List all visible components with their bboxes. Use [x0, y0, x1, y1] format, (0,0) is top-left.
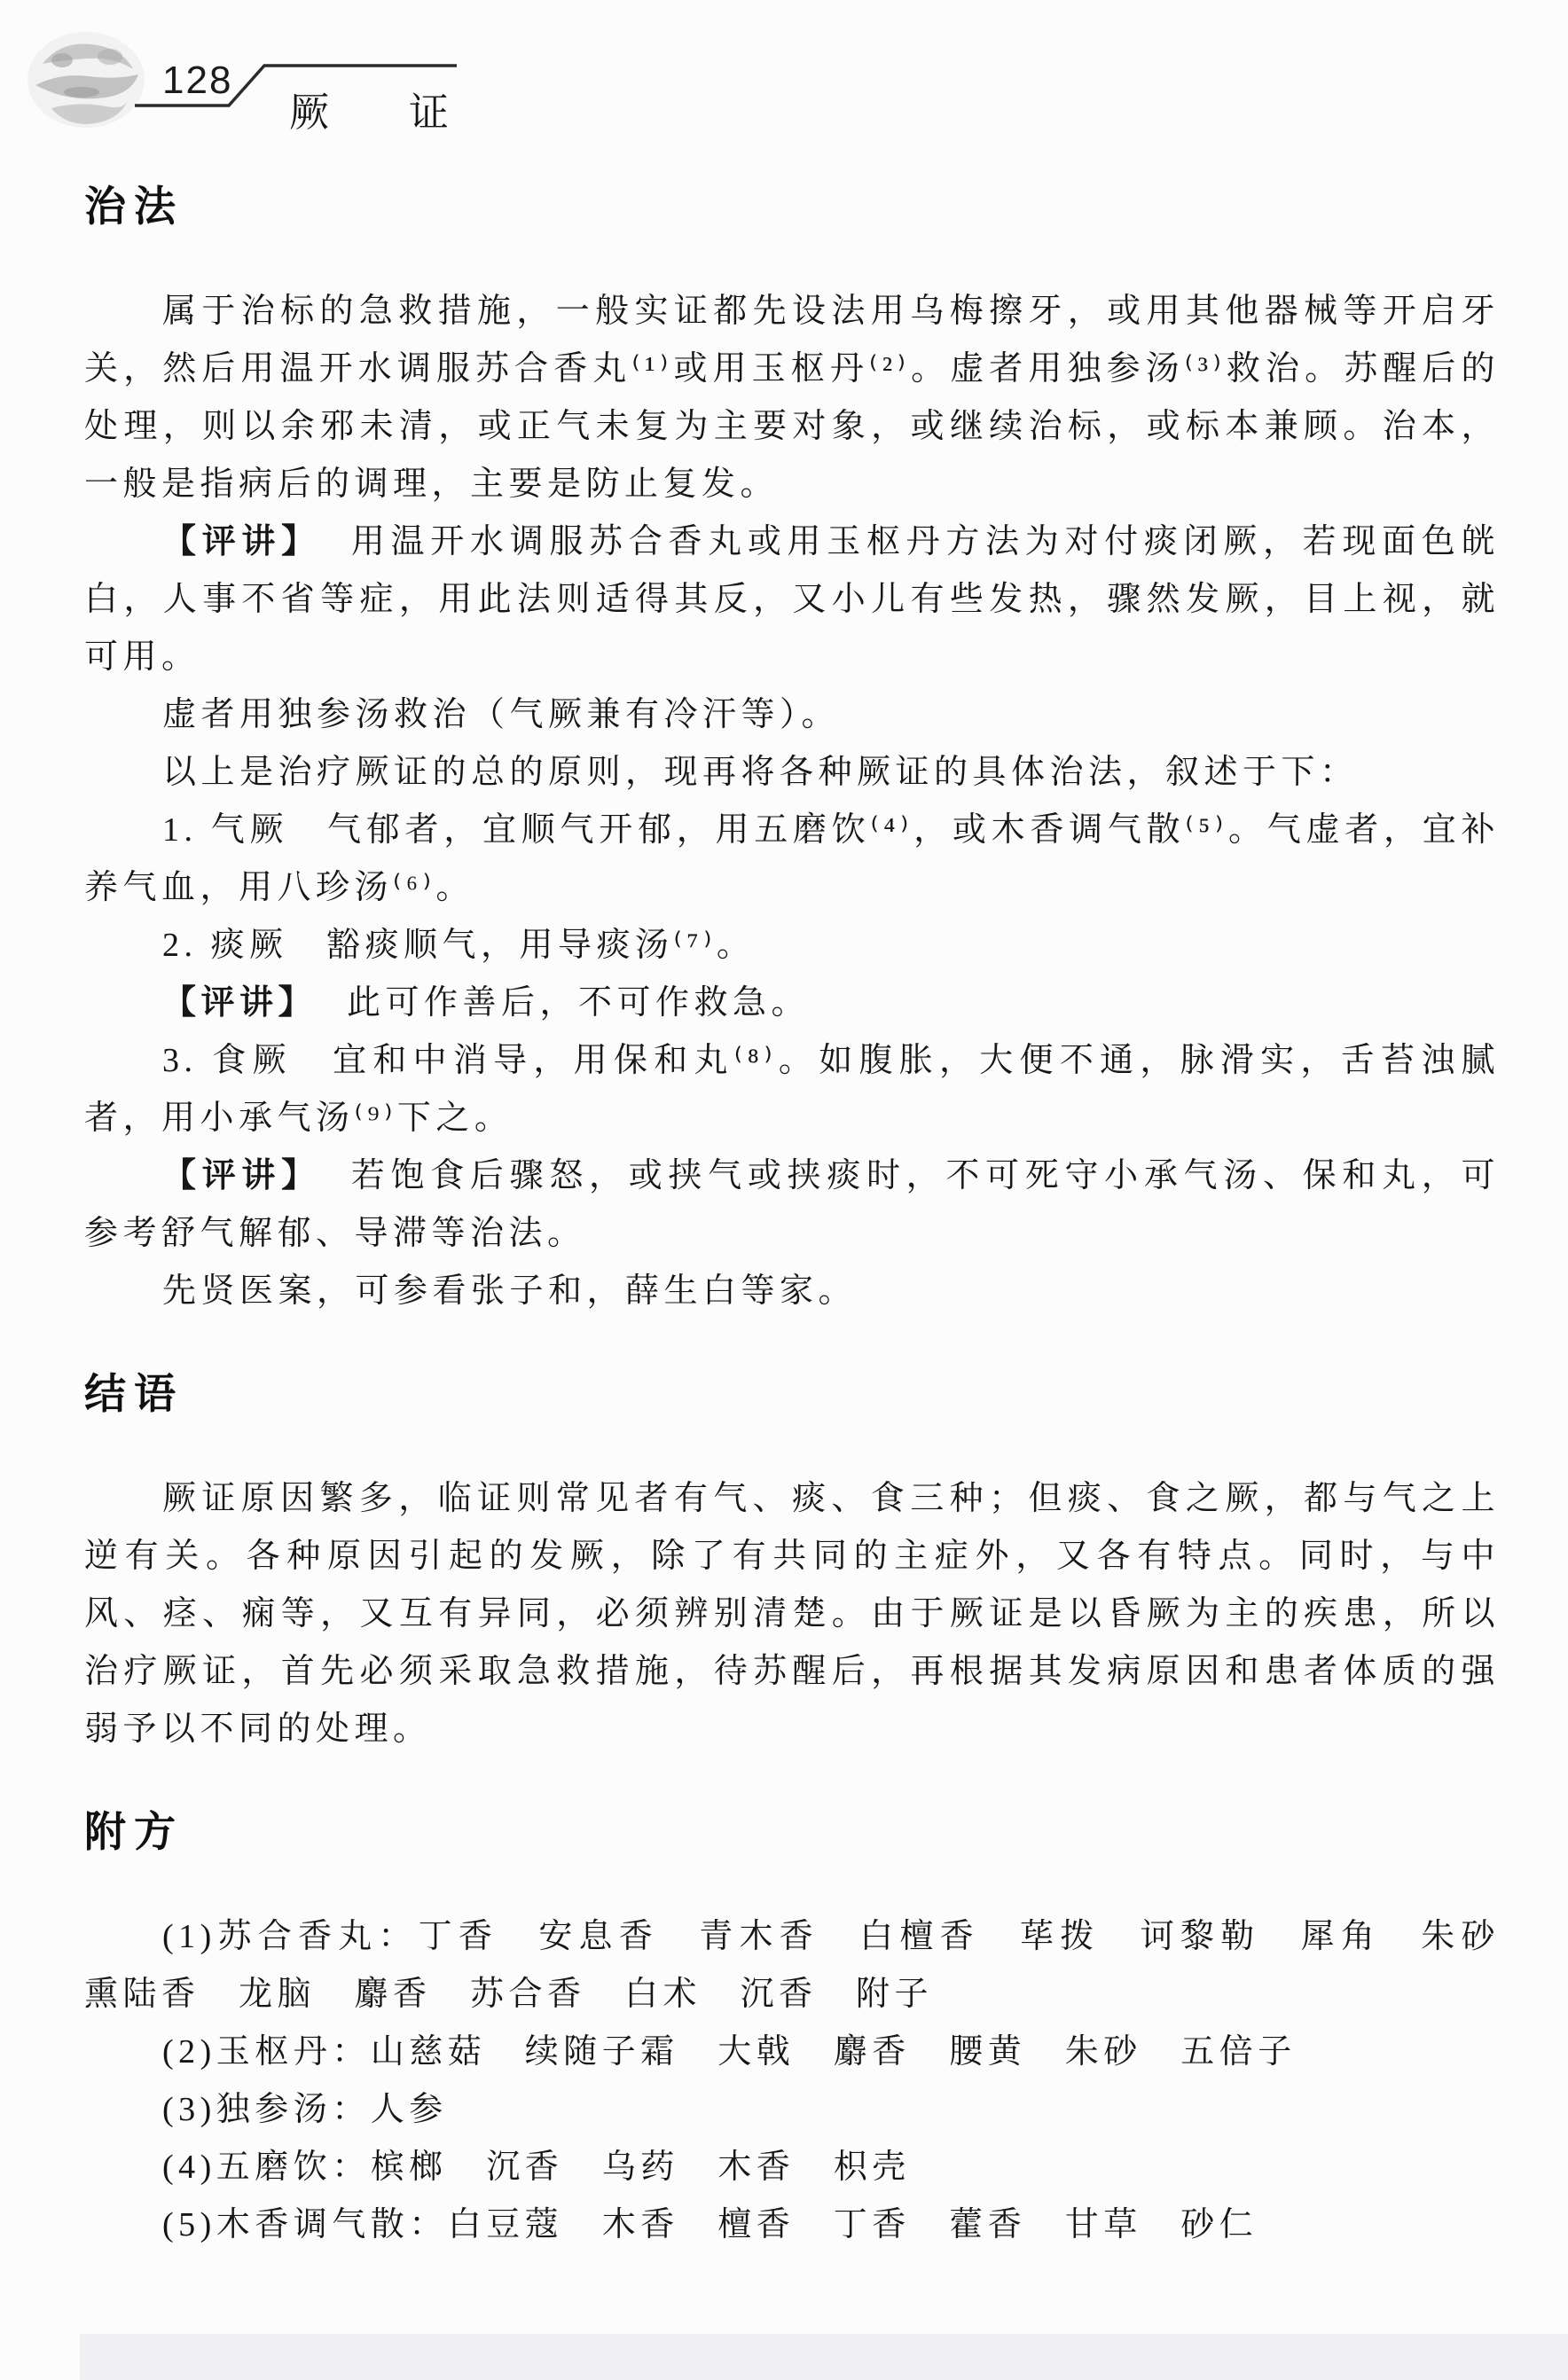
- prescription-item: (1)苏合香丸：丁香 安息香 青木香 白檀香 荜拨 诃黎勒 犀角 朱砂 熏陆香 …: [84, 1908, 1500, 2024]
- paragraph: 先贤医案，可参看张子和，薛生白等家。: [84, 1263, 1500, 1320]
- prescription-item: (4)五磨饮：槟榔 沉香 乌药 木香 枳壳: [84, 2139, 1500, 2196]
- paragraph-text: 虚者用独参汤救治（气厥兼有冷汗等）。: [162, 696, 840, 733]
- section-heading-conclusion: 结语: [84, 1361, 1500, 1421]
- paragraph-text: 属于治标的急救措施，一般实证都先设法用乌梅擦牙，或用其他器械等开启牙关，然后用温…: [84, 293, 1500, 503]
- book-page: 128 厥 证 治法 属于治标的急救措施，一般实证都先设法用乌梅擦牙，或用其他器…: [0, 0, 1568, 2380]
- page-header: 128 厥 证: [0, 0, 674, 151]
- conclusion-body: 厥证原因繁多，临证则常见者有气、痰、食三种；但痰、食之厥，都与气之上逆有关。各种…: [84, 1470, 1500, 1758]
- prescription-text: (3)独参汤：人参: [162, 2091, 448, 2128]
- paragraph-text: 先贤医案，可参看张子和，薛生白等家。: [162, 1272, 857, 1310]
- treatment-body: 属于治标的急救措施，一般实证都先设法用乌梅擦牙，或用其他器械等开启牙关，然后用温…: [84, 283, 1500, 1320]
- paragraph: 厥证原因繁多，临证则常见者有气、痰、食三种；但痰、食之厥，都与气之上逆有关。各种…: [84, 1470, 1500, 1758]
- comment-paragraph: 【评讲】此可作善后，不可作救急。: [84, 975, 1500, 1032]
- paragraph-text: 3. 食厥 宜和中消导，用保和丸⁽⁸⁾。如腹胀，大便不通，脉滑实，舌苔浊腻者，用…: [84, 1042, 1500, 1137]
- section-heading-treatment: 治法: [84, 174, 1500, 233]
- paragraph-text: 此可作善后，不可作救急。: [347, 984, 810, 1022]
- paragraph-text: 以上是治疗厥证的总的原则，现再将各种厥证的具体治法，叙述于下：: [162, 754, 1359, 791]
- prescription-text: (2)玉枢丹：山慈菇 续随子霜 大戟 麝香 腰黄 朱砂 五倍子: [162, 2033, 1297, 2071]
- comment-paragraph: 【评讲】用温开水调服苏合香丸或用玉枢丹方法为对付痰闭厥，若现面色㿠白，人事不省等…: [84, 513, 1500, 686]
- prescription-item: (2)玉枢丹：山慈菇 续随子霜 大戟 麝香 腰黄 朱砂 五倍子: [84, 2024, 1500, 2081]
- prescription-text: (4)五磨饮：槟榔 沉香 乌药 木香 枳壳: [162, 2149, 911, 2186]
- paragraph: 属于治标的急救措施，一般实证都先设法用乌梅擦牙，或用其他器械等开启牙关，然后用温…: [84, 283, 1500, 513]
- prescriptions-body: (1)苏合香丸：丁香 安息香 青木香 白檀香 荜拨 诃黎勒 犀角 朱砂 熏陆香 …: [84, 1908, 1500, 2254]
- paragraph-qi-jue: 1. 气厥 气郁者，宜顺气开郁，用五磨饮⁽⁴⁾，或木香调气散⁽⁵⁾。气虚者，宜补…: [84, 802, 1500, 917]
- comment-label: 【评讲】: [162, 1157, 321, 1194]
- prescription-item: (5)木香调气散：白豆蔻 木香 檀香 丁香 藿香 甘草 砂仁: [84, 2196, 1500, 2254]
- paragraph: 虚者用独参汤救治（气厥兼有冷汗等）。: [84, 686, 1500, 744]
- comment-paragraph: 【评讲】若饱食后骤怒，或挟气或挟痰时，不可死守小承气汤、保和丸，可参考舒气解郁、…: [84, 1147, 1500, 1263]
- section-heading-prescriptions: 附方: [84, 1799, 1500, 1859]
- prescription-text: (1)苏合香丸：丁香 安息香 青木香 白檀香 荜拨 诃黎勒 犀角 朱砂 熏陆香 …: [84, 1918, 1539, 2013]
- scan-edge-artifact: [80, 2334, 1568, 2380]
- section-treatment: 治法 属于治标的急救措施，一般实证都先设法用乌梅擦牙，或用其他器械等开启牙关，然…: [84, 174, 1500, 1320]
- chapter-title: 厥 证: [289, 80, 449, 137]
- paragraph-text: 1. 气厥 气郁者，宜顺气开郁，用五磨饮⁽⁴⁾，或木香调气散⁽⁵⁾。气虚者，宜补…: [84, 811, 1500, 906]
- prescription-item: (3)独参汤：人参: [84, 2081, 1500, 2139]
- comment-label: 【评讲】: [162, 523, 321, 560]
- paragraph-text: 2. 痰厥 豁痰顺气，用导痰汤⁽⁷⁾。: [162, 927, 755, 964]
- prescription-text: (5)木香调气散：白豆蔻 木香 檀香 丁香 藿香 甘草 砂仁: [162, 2206, 1258, 2243]
- paragraph-shi-jue: 3. 食厥 宜和中消导，用保和丸⁽⁸⁾。如腹胀，大便不通，脉滑实，舌苔浊腻者，用…: [84, 1032, 1500, 1147]
- section-conclusion: 结语 厥证原因繁多，临证则常见者有气、痰、食三种；但痰、食之厥，都与气之上逆有关…: [84, 1361, 1500, 1758]
- page-content: 治法 属于治标的急救措施，一般实证都先设法用乌梅擦牙，或用其他器械等开启牙关，然…: [84, 174, 1500, 2254]
- comment-label: 【评讲】: [162, 984, 317, 1022]
- paragraph-text: 厥证原因繁多，临证则常见者有气、痰、食三种；但痰、食之厥，都与气之上逆有关。各种…: [84, 1480, 1500, 1748]
- section-prescriptions: 附方 (1)苏合香丸：丁香 安息香 青木香 白檀香 荜拨 诃黎勒 犀角 朱砂 熏…: [84, 1799, 1500, 2254]
- paragraph-tan-jue: 2. 痰厥 豁痰顺气，用导痰汤⁽⁷⁾。: [84, 917, 1500, 975]
- paragraph: 以上是治疗厥证的总的原则，现再将各种厥证的具体治法，叙述于下：: [84, 744, 1500, 802]
